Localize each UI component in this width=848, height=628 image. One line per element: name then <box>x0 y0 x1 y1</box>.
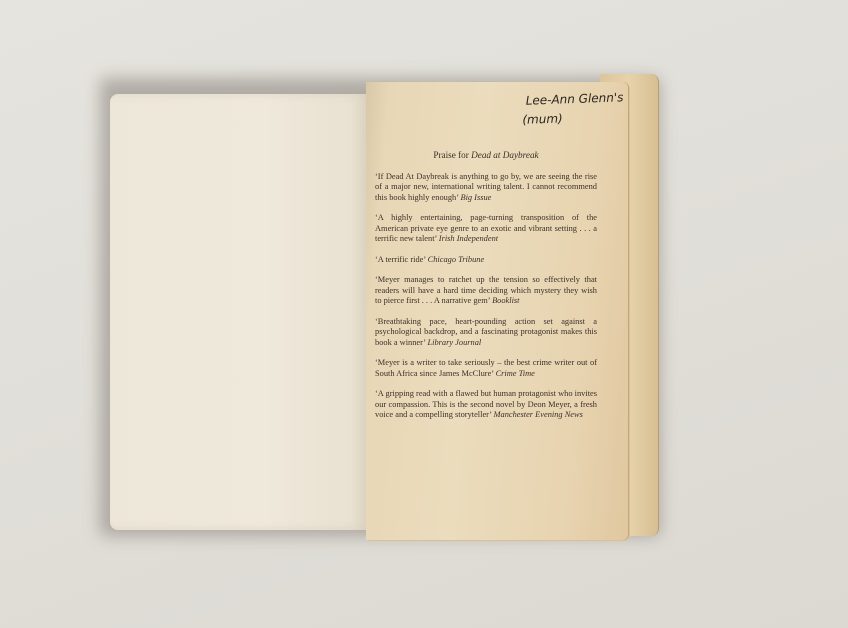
handwriting-line-1: Lee-Ann Glenn's <box>525 90 623 107</box>
review-quote: ‘A gripping read with a flawed but human… <box>375 389 597 421</box>
review-quote: ‘A terrific ride’ Chicago Tribune <box>375 255 597 266</box>
review-quote: ‘Meyer is a writer to take seriously – t… <box>375 358 597 379</box>
review-source: Manchester Evening News <box>494 410 583 419</box>
review-source: Crime Time <box>496 369 535 378</box>
review-source: Chicago Tribune <box>428 255 485 264</box>
book-title: Dead at Daybreak <box>471 150 539 160</box>
praise-heading: Praise for Dead at Daybreak <box>375 150 597 161</box>
review-quote: ‘Meyer manages to ratchet up the tension… <box>375 275 597 307</box>
praise-section: Praise for Dead at Daybreak ‘If Dead At … <box>375 150 597 431</box>
review-source: Big Issue <box>460 193 491 202</box>
blank-left-page <box>110 94 366 530</box>
review-source: Library Journal <box>427 338 481 347</box>
review-source: Booklist <box>492 296 519 305</box>
review-quote: ‘A highly entertaining, page-turning tra… <box>375 213 597 245</box>
review-quote: ‘Breathtaking pace, heart-pounding actio… <box>375 317 597 349</box>
review-source: Irish Independent <box>439 234 498 243</box>
handwritten-owner-name: Lee-Ann Glenn's (mum) <box>525 88 624 129</box>
review-quote: ‘If Dead At Daybreak is anything to go b… <box>375 172 597 204</box>
handwriting-line-2: (mum) <box>522 107 624 130</box>
